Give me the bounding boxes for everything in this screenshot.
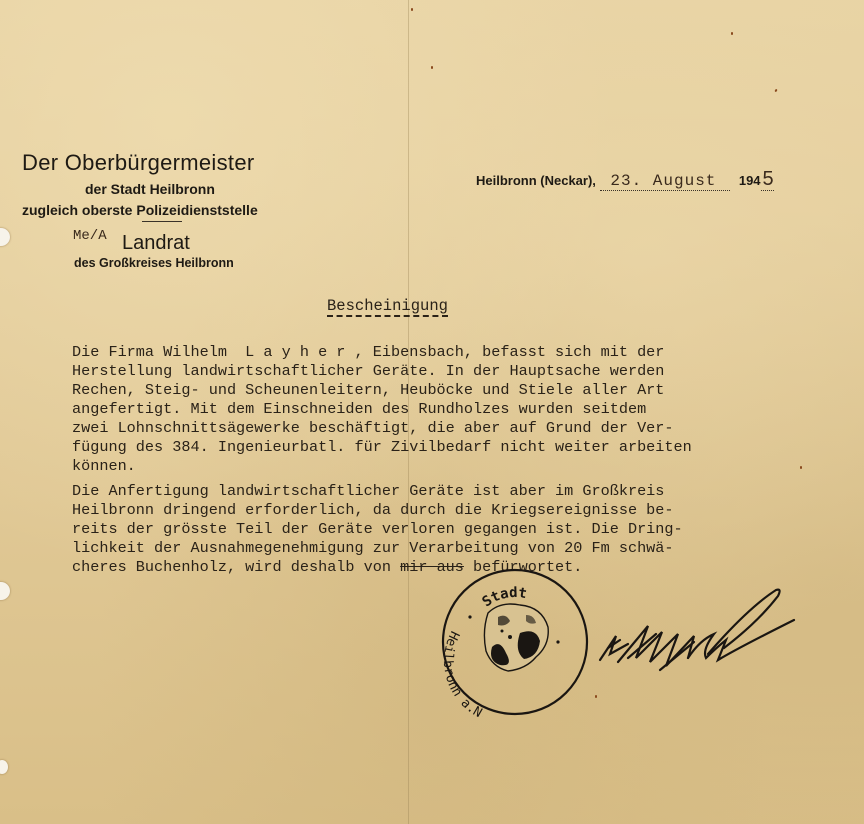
paper-speck xyxy=(431,66,433,69)
punch-hole xyxy=(0,582,10,600)
text-line: Rechen, Steig- und Scheunenleitern, Heub… xyxy=(72,381,862,400)
punch-hole xyxy=(0,760,8,774)
paper-speck xyxy=(774,89,777,93)
text-line: Die Anfertigung landwirtschaftlicher Ger… xyxy=(72,482,862,501)
text-line: können. xyxy=(72,457,862,476)
letterhead-landrat: Landrat xyxy=(122,232,190,255)
place-of-issue: Heilbronn (Neckar), xyxy=(476,173,596,188)
letterhead-city: der Stadt Heilbronn xyxy=(85,181,215,197)
document-title: Bescheinigung xyxy=(327,297,448,317)
paper-speck xyxy=(731,32,733,35)
year-prefix: 194 xyxy=(739,173,761,188)
letterhead-title: Der Oberbürgermeister xyxy=(22,150,255,176)
paper-speck xyxy=(595,695,597,698)
handwritten-signature-icon xyxy=(598,588,808,678)
text-line: Heilbronn dringend erforderlich, da durc… xyxy=(72,501,862,520)
text-line: Herstellung landwirtschaftlicher Geräte.… xyxy=(72,362,862,381)
paragraph-2: Die Anfertigung landwirtschaftlicher Ger… xyxy=(72,482,862,577)
stamp-bottom-text: Heilbronn a.N. xyxy=(440,629,490,717)
letterhead-rule xyxy=(142,221,182,222)
text-segment: cheres Buchenholz, wird deshalb von xyxy=(72,558,400,576)
year-digit: 5 xyxy=(761,168,774,191)
svg-text:Heilbronn a.N.: Heilbronn a.N. xyxy=(440,629,490,717)
text-line: fügung des 384. Ingenieurbatl. für Zivil… xyxy=(72,438,862,457)
text-line: lichkeit der Ausnahmegenehmigung zur Ver… xyxy=(72,539,862,558)
paper-speck xyxy=(411,8,413,11)
date-field: 23. August xyxy=(600,172,730,191)
city-seal-icon: Stadt Heilbronn a.N. xyxy=(440,567,590,717)
text-line: angefertigt. Mit dem Einschneiden des Ru… xyxy=(72,400,862,419)
official-stamp: Stadt Heilbronn a.N. xyxy=(440,567,590,717)
letterhead-police-office: zugleich oberste Polizeidienststelle xyxy=(22,202,258,218)
paragraph-1: Die Firma Wilhelm L a y h e r , Eibensba… xyxy=(72,343,862,476)
text-line: Die Firma Wilhelm L a y h e r , Eibensba… xyxy=(72,343,862,362)
date-value: 23. August xyxy=(600,172,730,190)
dateline: Heilbronn (Neckar), 23. August 1945 xyxy=(476,168,774,191)
text-line: zwei Lohnschnittsägewerke beschäftigt, d… xyxy=(72,419,862,438)
punch-hole xyxy=(0,228,10,246)
signature xyxy=(598,588,808,678)
letterhead-district: des Großkreises Heilbronn xyxy=(74,256,234,270)
reference-code: Me/A xyxy=(73,228,107,244)
text-line: reits der grösste Teil der Geräte verlor… xyxy=(72,520,862,539)
